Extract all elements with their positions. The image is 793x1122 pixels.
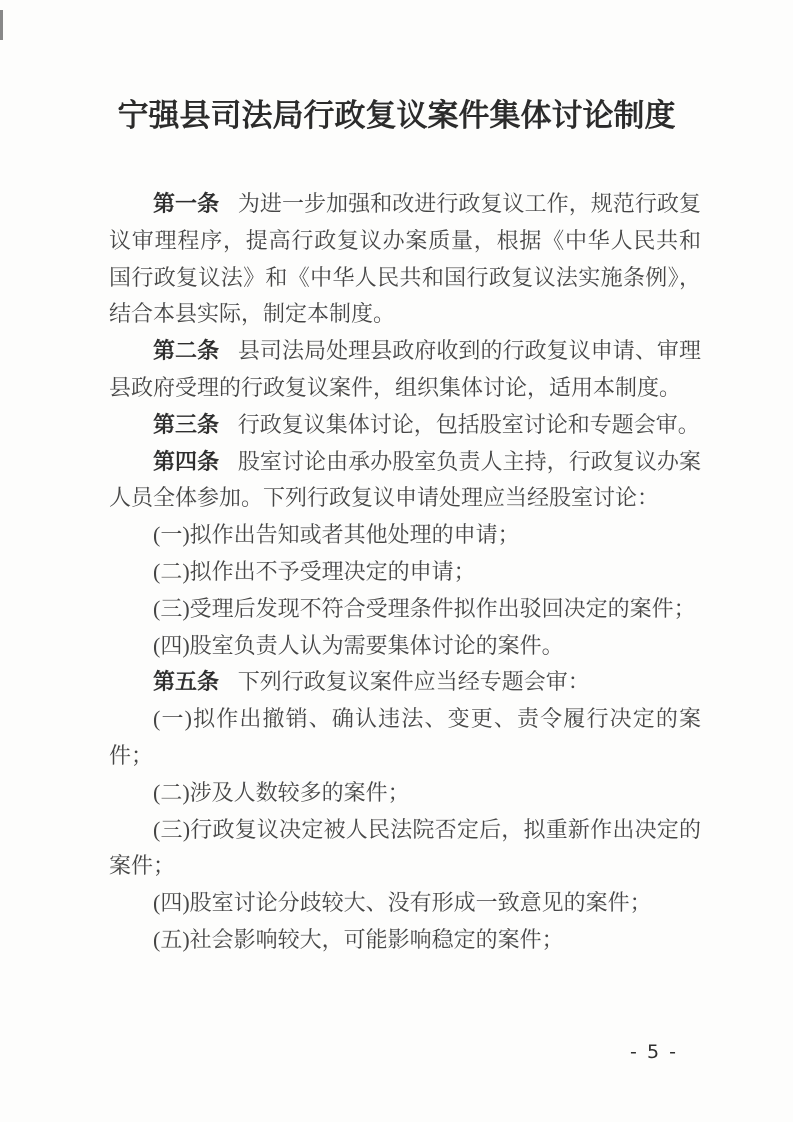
list-item-paragraph: (五)社会影响较大，可能影响稳定的案件； <box>109 922 701 959</box>
page-number: - 5 - <box>624 1041 684 1063</box>
list-item-paragraph: (一)拟作出告知或者其他处理的申请； <box>109 517 701 554</box>
article-label: 第二条 <box>153 338 219 363</box>
list-item-text: (一)拟作出撤销、确认违法、变更、责令履行决定的案件； <box>109 706 701 768</box>
article-label: 第四条 <box>153 449 219 474</box>
article-label: 第一条 <box>153 191 219 216</box>
list-item-text: (三)受理后发现不符合受理条件拟作出驳回决定的案件； <box>153 596 696 621</box>
list-item-paragraph: (一)拟作出撤销、确认违法、变更、责令履行决定的案件； <box>109 701 701 775</box>
article-paragraph: 第二条县司法局处理县政府收到的行政复议申请、审理县政府受理的行政复议案件，组织集… <box>109 333 701 407</box>
list-item-paragraph: (三)行政复议决定被人民法院否定后，拟重新作出决定的案件； <box>109 812 701 886</box>
list-item-text: (二)拟作出不予受理决定的申请； <box>153 559 476 584</box>
list-item-text: (三)行政复议决定被人民法院否定后，拟重新作出决定的案件； <box>109 817 701 879</box>
article-label: 第五条 <box>153 669 219 694</box>
list-item-text: (五)社会影响较大，可能影响稳定的案件； <box>153 927 564 952</box>
article-text: 行政复议集体讨论，包括股室讨论和专题会审。 <box>238 412 700 437</box>
list-item-text: (四)股室讨论分歧较大、没有形成一致意见的案件； <box>153 890 652 915</box>
list-item-paragraph: (二)拟作出不予受理决定的申请； <box>109 554 701 591</box>
document-page: 宁强县司法局行政复议案件集体讨论制度 第一条为进一步加强和改进行政复议工作，规范… <box>0 0 793 1122</box>
article-paragraph: 第三条行政复议集体讨论，包括股室讨论和专题会审。 <box>109 407 701 444</box>
list-item-text: (四)股室负责人认为需要集体讨论的案件。 <box>153 633 564 658</box>
article-paragraph: 第四条股室讨论由承办股室负责人主持，行政复议办案人员全体参加。下列行政复议申请处… <box>109 444 701 518</box>
list-item-text: (二)涉及人数较多的案件； <box>153 780 410 805</box>
document-body: 第一条为进一步加强和改进行政复议工作，规范行政复议审理程序，提高行政复议办案质量… <box>109 186 701 959</box>
list-item-text: (一)拟作出告知或者其他处理的申请； <box>153 522 520 547</box>
document-title: 宁强县司法局行政复议案件集体讨论制度 <box>0 96 793 136</box>
scan-edge-artifact <box>0 10 3 40</box>
list-item-paragraph: (四)股室负责人认为需要集体讨论的案件。 <box>109 628 701 665</box>
article-text: 下列行政复议案件应当经专题会审： <box>238 669 590 694</box>
list-item-paragraph: (三)受理后发现不符合受理条件拟作出驳回决定的案件； <box>109 591 701 628</box>
article-label: 第三条 <box>153 412 219 437</box>
article-paragraph: 第五条下列行政复议案件应当经专题会审： <box>109 664 701 701</box>
list-item-paragraph: (四)股室讨论分歧较大、没有形成一致意见的案件； <box>109 885 701 922</box>
list-item-paragraph: (二)涉及人数较多的案件； <box>109 775 701 812</box>
article-paragraph: 第一条为进一步加强和改进行政复议工作，规范行政复议审理程序，提高行政复议办案质量… <box>109 186 701 333</box>
